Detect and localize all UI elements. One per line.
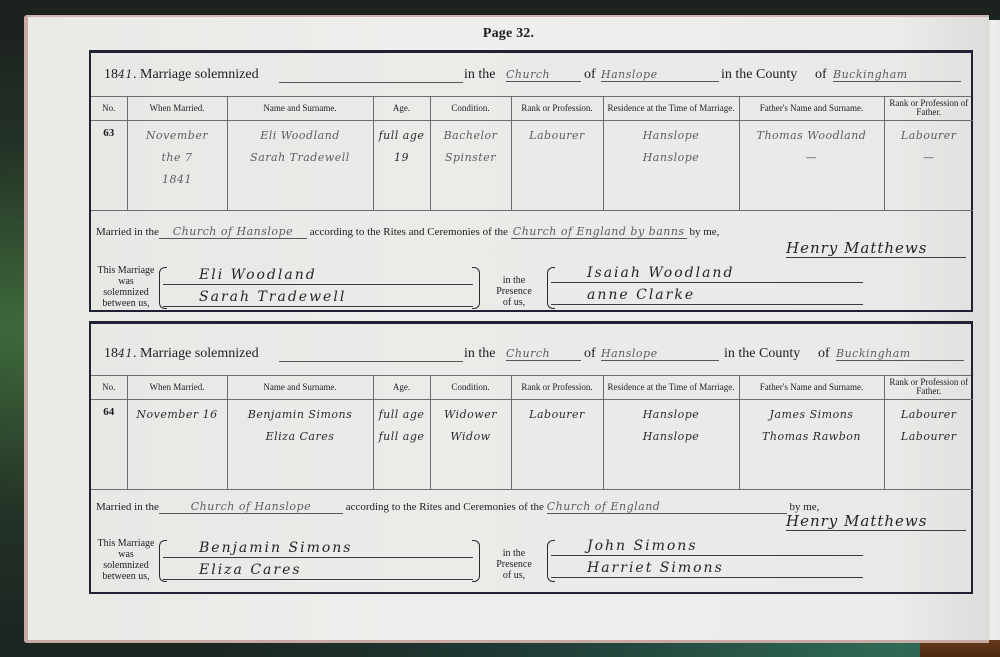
bride-age: 19 <box>378 149 426 171</box>
ages-cell: full age full age <box>373 399 430 489</box>
solemnized-blank <box>279 346 463 362</box>
bride-residence: Hanslope <box>608 149 735 171</box>
right-brace <box>472 267 480 309</box>
married-in-place: Church of Hanslope <box>159 225 307 239</box>
col-condition: Condition. <box>430 376 511 399</box>
presence-label: in the Presence of us, <box>484 275 544 308</box>
residences-cell: Hanslope Hanslope <box>603 399 739 489</box>
by-me-label: by me, <box>689 226 719 238</box>
of-label: of <box>584 346 596 362</box>
witness-2-signature: anne Clarke <box>551 287 863 305</box>
bride-rank <box>516 149 599 171</box>
entry-number: 63 <box>91 120 127 210</box>
when-line-2: the 7 <box>132 149 223 171</box>
witness-1-signature: John Simons <box>551 538 863 556</box>
solemnized-blank <box>279 67 463 83</box>
groom-father-rank: Labourer <box>889 127 970 149</box>
col-when-married: When Married. <box>127 97 227 120</box>
in-the-label: in the <box>464 346 496 362</box>
county-handwritten: Buckingham <box>833 68 961 82</box>
of-label-2: of <box>815 67 827 83</box>
page-title: Page 32. <box>28 26 989 42</box>
marriage-entry-64: 1841. Marriage solemnized in the Church … <box>89 321 973 594</box>
col-father-name: Father's Name and Surname. <box>739 97 884 120</box>
this-marriage-label: This Marriage was solemnized between us, <box>93 538 159 582</box>
groom-rank: Labourer <box>516 406 599 428</box>
year-prefix: 18 <box>104 346 118 361</box>
label-line: in the <box>484 548 544 559</box>
minister-signature: Henry Matthews <box>786 512 966 531</box>
bride-father-rank: Labourer <box>889 428 970 450</box>
label-line: of us, <box>484 297 544 308</box>
bride-age: full age <box>378 428 426 450</box>
col-father-rank: Rank or Profession of Father. <box>884 376 973 399</box>
groom-signature: Eli Woodland <box>163 267 473 285</box>
rites-handwritten: Church of England <box>547 500 787 514</box>
ranks-cell: Labourer <box>511 399 603 489</box>
groom-father: Thomas Woodland <box>744 127 880 149</box>
year-handwritten: 41 <box>118 347 133 360</box>
table-row: 64 November 16 Benjamin Simons Eliza Car… <box>91 399 973 489</box>
conditions-cell: Bachelor Spinster <box>430 120 511 210</box>
col-name: Name and Surname. <box>227 376 373 399</box>
label-line: of us, <box>484 570 544 581</box>
when-line-1: November <box>132 127 223 149</box>
county-handwritten: Buckingham <box>836 347 964 361</box>
year-handwritten: 41 <box>118 68 133 81</box>
label-line: in the <box>484 275 544 286</box>
groom-age: full age <box>378 127 426 149</box>
label-line: This Marriage <box>93 265 159 276</box>
col-age: Age. <box>373 97 430 120</box>
bride-signature: Sarah Tradewell <box>163 289 473 307</box>
groom-age: full age <box>378 406 426 428</box>
county-label: in the County <box>724 346 800 362</box>
of-label: of <box>584 67 596 83</box>
col-residence: Residence at the Time of Marriage. <box>603 376 739 399</box>
col-father-rank: Rank or Profession of Father. <box>884 97 973 120</box>
rites-handwritten: Church of England by banns <box>511 225 687 239</box>
col-residence: Residence at the Time of Marriage. <box>603 97 739 120</box>
bride-name: Eliza Cares <box>232 428 369 450</box>
column-headers: No. When Married. Name and Surname. Age.… <box>91 376 973 399</box>
entry-header: 1841. Marriage solemnized in the Church … <box>91 53 971 97</box>
year-prefix: 18 <box>104 67 118 82</box>
residences-cell: Hanslope Hanslope <box>603 120 739 210</box>
groom-condition: Bachelor <box>435 127 507 149</box>
solemnized-label: . Marriage solemnized <box>133 346 259 361</box>
year-label: 1841. Marriage solemnized <box>104 346 259 362</box>
bride-rank <box>516 428 599 450</box>
bride-father-rank: — <box>889 149 970 171</box>
label-line: between us, <box>93 298 159 309</box>
label-line: solemnized <box>93 287 159 298</box>
witness-2-signature: Harriet Simons <box>551 560 863 578</box>
father-ranks-cell: Labourer Labourer <box>884 399 973 489</box>
solemnized-label: . Marriage solemnized <box>133 67 259 82</box>
bride-residence: Hanslope <box>608 428 735 450</box>
father-ranks-cell: Labourer — <box>884 120 973 210</box>
col-condition: Condition. <box>430 97 511 120</box>
married-in-line: Married in theChurch of Hanslope accordi… <box>96 500 819 514</box>
bride-father: Thomas Rawbon <box>744 428 880 450</box>
col-rank: Rank or Profession. <box>511 97 603 120</box>
groom-signature: Benjamin Simons <box>163 540 473 558</box>
groom-condition: Widower <box>435 406 507 428</box>
col-no: No. <box>91 376 127 399</box>
label-line: between us, <box>93 571 159 582</box>
married-in-line: Married in theChurch of Hanslope accordi… <box>96 225 719 239</box>
groom-father: James Simons <box>744 406 880 428</box>
married-in-place: Church of Hanslope <box>159 500 343 514</box>
marriage-entry-63: 1841. Marriage solemnized in the Church … <box>89 50 973 312</box>
table-row: 63 November the 7 1841 Eli Woodland Sara… <box>91 120 973 210</box>
right-brace <box>472 540 480 582</box>
when-line-1: November 16 <box>132 406 223 428</box>
entry-header: 1841. Marriage solemnized in the Church … <box>91 324 971 376</box>
groom-father-rank: Labourer <box>889 406 970 428</box>
conditions-cell: Widower Widow <box>430 399 511 489</box>
parish-handwritten: Hanslope <box>601 347 719 361</box>
place-type-handwritten: Church <box>506 68 581 82</box>
witness-1-signature: Isaiah Woodland <box>551 265 863 283</box>
col-when-married: When Married. <box>127 376 227 399</box>
bride-father: — <box>744 149 880 171</box>
label-line: Presence <box>484 559 544 570</box>
names-cell: Eli Woodland Sarah Tradewell <box>227 120 373 210</box>
married-in-label: Married in the <box>96 501 159 513</box>
groom-rank: Labourer <box>516 127 599 149</box>
year-label: 1841. Marriage solemnized <box>104 67 259 83</box>
register-page: Page 32. 1841. Marriage solemnized in th… <box>24 15 989 643</box>
column-headers: No. When Married. Name and Surname. Age.… <box>91 97 973 120</box>
when-married-cell: November 16 <box>127 399 227 489</box>
entry-number: 64 <box>91 399 127 489</box>
county-label: in the County <box>721 67 797 83</box>
fathers-cell: James Simons Thomas Rawbon <box>739 399 884 489</box>
col-rank: Rank or Profession. <box>511 376 603 399</box>
bride-signature: Eliza Cares <box>163 562 473 580</box>
bride-name: Sarah Tradewell <box>232 149 369 171</box>
ages-cell: full age 19 <box>373 120 430 210</box>
bride-condition: Spinster <box>435 149 507 171</box>
groom-name: Eli Woodland <box>232 127 369 149</box>
groom-residence: Hanslope <box>608 406 735 428</box>
col-name: Name and Surname. <box>227 97 373 120</box>
col-no: No. <box>91 97 127 120</box>
label-line: solemnized <box>93 560 159 571</box>
married-in-label: Married in the <box>96 226 159 238</box>
when-line-3: 1841 <box>132 171 223 193</box>
col-age: Age. <box>373 376 430 399</box>
register-table: No. When Married. Name and Surname. Age.… <box>91 376 973 490</box>
of-label-2: of <box>818 346 830 362</box>
parish-handwritten: Hanslope <box>601 68 719 82</box>
col-father-name: Father's Name and Surname. <box>739 376 884 399</box>
when-married-cell: November the 7 1841 <box>127 120 227 210</box>
place-type-handwritten: Church <box>506 347 581 361</box>
ranks-cell: Labourer <box>511 120 603 210</box>
label-line: This Marriage <box>93 538 159 549</box>
groom-name: Benjamin Simons <box>232 406 369 428</box>
fathers-cell: Thomas Woodland — <box>739 120 884 210</box>
bride-condition: Widow <box>435 428 507 450</box>
rites-label: according to the Rites and Ceremonies of… <box>346 501 544 513</box>
rites-label: according to the Rites and Ceremonies of… <box>310 226 508 238</box>
minister-signature: Henry Matthews <box>786 239 966 258</box>
groom-residence: Hanslope <box>608 127 735 149</box>
presence-label: in the Presence of us, <box>484 548 544 581</box>
register-table: No. When Married. Name and Surname. Age.… <box>91 97 973 211</box>
label-line: was <box>93 549 159 560</box>
names-cell: Benjamin Simons Eliza Cares <box>227 399 373 489</box>
this-marriage-label: This Marriage was solemnized between us, <box>93 265 159 309</box>
label-line: was <box>93 276 159 287</box>
label-line: Presence <box>484 286 544 297</box>
in-the-label: in the <box>464 67 496 83</box>
